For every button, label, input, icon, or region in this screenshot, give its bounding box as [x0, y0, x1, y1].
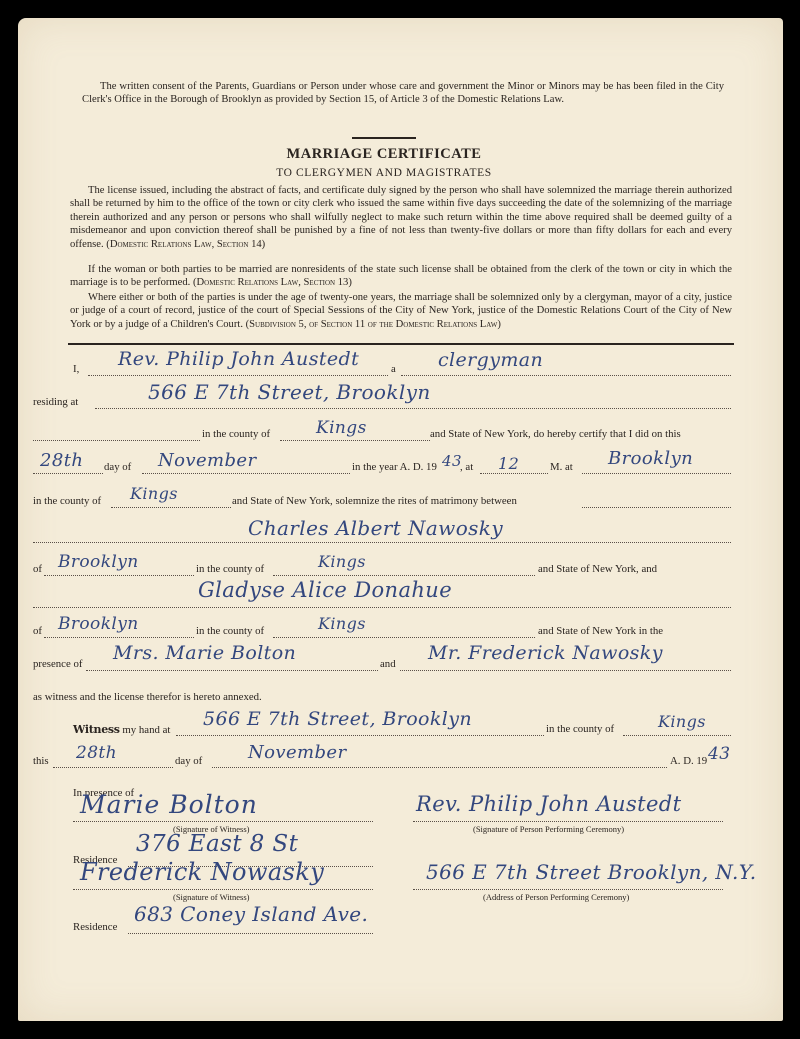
witness1-name[interactable]: Mrs. Marie Bolton — [113, 642, 296, 664]
bride-city[interactable]: Brooklyn — [58, 614, 139, 634]
title-rule — [352, 137, 416, 139]
certificate-subtitle: TO CLERGYMEN AND MAGISTRATES — [218, 167, 550, 179]
officiant-name-line — [88, 375, 388, 376]
officiant-signature[interactable]: Rev. Philip John Austedt — [416, 792, 682, 816]
label-of-2: of — [33, 625, 42, 637]
bride-name-line — [33, 607, 731, 608]
witness1-signature-line — [73, 821, 373, 822]
label-my-hand-at: my hand at — [122, 724, 170, 736]
label-this: this — [33, 755, 49, 767]
month[interactable]: November — [158, 450, 256, 471]
witness2-signature[interactable]: Frederick Nowasky — [80, 858, 324, 886]
witness1-signature[interactable]: Marie Bolton — [80, 790, 258, 819]
place[interactable]: Brooklyn — [608, 448, 693, 469]
ceremony-county[interactable]: Kings — [130, 484, 178, 503]
officiant-title[interactable]: clergyman — [438, 349, 543, 371]
day[interactable]: 28th — [40, 450, 83, 471]
caption-signature-of-performer: (Signature of Person Performing Ceremony… — [473, 824, 624, 834]
caption-signature-of-witness-2: (Signature of Witness) — [173, 892, 249, 902]
residence-cont-line — [33, 440, 200, 441]
caption-address-of-performer: (Address of Person Performing Ceremony) — [483, 892, 629, 902]
label-m-at: M. at — [550, 461, 573, 473]
label-witness: Witness — [73, 723, 120, 736]
label-state-in-the: and State of New York in the — [538, 625, 663, 637]
hour[interactable]: 12 — [498, 454, 519, 473]
officiant-address-line — [413, 889, 723, 890]
label-in-county-of-3: in the county of — [196, 563, 264, 575]
witness2-signature-line — [73, 889, 373, 890]
sign-day[interactable]: 28th — [76, 743, 117, 763]
solemnize-line — [582, 507, 731, 508]
year[interactable]: 43 — [442, 452, 462, 470]
label-day-of: day of — [104, 461, 131, 473]
label-residing-at: residing at — [33, 396, 78, 408]
ceremony-county-line — [111, 507, 231, 508]
label-in-county-of-5: in the county of — [546, 723, 614, 735]
label-as-witness: as witness and the license therefor is h… — [33, 691, 262, 703]
place-line — [582, 473, 731, 474]
witness1-residence[interactable]: 376 East 8 St — [136, 831, 298, 857]
groom-county[interactable]: Kings — [318, 552, 366, 571]
day-line — [33, 473, 103, 474]
officiant-signature-line — [413, 821, 723, 822]
label-presence-of: presence of — [33, 658, 82, 670]
label-in-county-of: in the county of — [202, 428, 270, 440]
county-line — [280, 440, 430, 441]
officiant-address[interactable]: 566 E 7th Street Brooklyn, N.Y. — [426, 860, 757, 884]
witness2-line — [400, 670, 731, 671]
label-state-certify: and State of New York, do hereby certify… — [430, 428, 681, 440]
label-state-solemnize: and State of New York, solemnize the rit… — [232, 495, 517, 507]
hand-county[interactable]: Kings — [658, 712, 706, 731]
label-i: I, — [73, 363, 79, 375]
groom-name-line — [33, 542, 731, 543]
paragraph-nonresidents: If the woman or both parties to be marri… — [70, 263, 732, 290]
hand-at-line — [176, 735, 544, 736]
sign-month[interactable]: November — [248, 742, 346, 763]
sign-day-line — [53, 767, 173, 768]
month-line — [142, 473, 350, 474]
label-of: of — [33, 563, 42, 575]
label-a: a — [391, 363, 396, 375]
paragraph-text: If the woman or both parties to be marri… — [70, 264, 732, 288]
witness2-name[interactable]: Mr. Frederick Nawosky — [428, 642, 663, 664]
county[interactable]: Kings — [316, 418, 367, 438]
sign-month-line — [212, 767, 667, 768]
residence-line — [95, 408, 731, 409]
label-state-and: and State of New York, and — [538, 563, 657, 575]
witness-line: Witness my hand at — [73, 723, 170, 736]
label-day-of-2: day of — [175, 755, 202, 767]
witness1-line — [86, 670, 378, 671]
witness2-residence[interactable]: 683 Coney Island Ave. — [134, 902, 368, 926]
sign-year[interactable]: 43 — [708, 744, 730, 764]
citation: (Domestic Relations Law, Section 13) — [193, 277, 352, 288]
label-residence-2: Residence — [73, 921, 117, 933]
hand-at[interactable]: 566 E 7th Street, Brooklyn — [203, 708, 472, 730]
paragraph-return-license: The license issued, including the abstra… — [70, 184, 732, 251]
bride-city-line — [44, 637, 194, 638]
groom-city-line — [44, 575, 194, 576]
hour-line — [480, 473, 548, 474]
certificate-title: MARRIAGE CERTIFICATE — [218, 146, 550, 163]
consent-notice: The written consent of the Parents, Guar… — [82, 80, 724, 107]
paragraph-minors: Where either or both of the parties is u… — [70, 291, 732, 331]
label-in-year: in the year A. D. 19 — [352, 461, 437, 473]
groom-city[interactable]: Brooklyn — [58, 552, 139, 572]
bride-county[interactable]: Kings — [318, 614, 366, 633]
label-and: and — [380, 658, 396, 670]
bride-name[interactable]: Gladyse Alice Donahue — [198, 578, 452, 602]
hand-county-line — [623, 735, 731, 736]
citation: (Subdivision 5, of Section 11 of the Dom… — [246, 319, 501, 330]
officiant-name[interactable]: Rev. Philip John Austedt — [118, 348, 359, 370]
label-at: , at — [460, 461, 473, 473]
label-in-county-of-2: in the county of — [33, 495, 101, 507]
officiant-residence[interactable]: 566 E 7th Street, Brooklyn — [148, 380, 431, 404]
label-ad19: A. D. 19 — [670, 755, 707, 767]
witness2-residence-line — [128, 933, 373, 934]
groom-name[interactable]: Charles Albert Nawosky — [248, 516, 503, 540]
bride-county-line — [273, 637, 535, 638]
citation: (Domestic Relations Law, Section 14) — [106, 239, 265, 250]
officiant-title-line — [401, 375, 731, 376]
groom-county-line — [273, 575, 535, 576]
marriage-certificate-document: The written consent of the Parents, Guar… — [18, 18, 783, 1021]
label-in-county-of-4: in the county of — [196, 625, 264, 637]
section-divider — [68, 343, 734, 345]
